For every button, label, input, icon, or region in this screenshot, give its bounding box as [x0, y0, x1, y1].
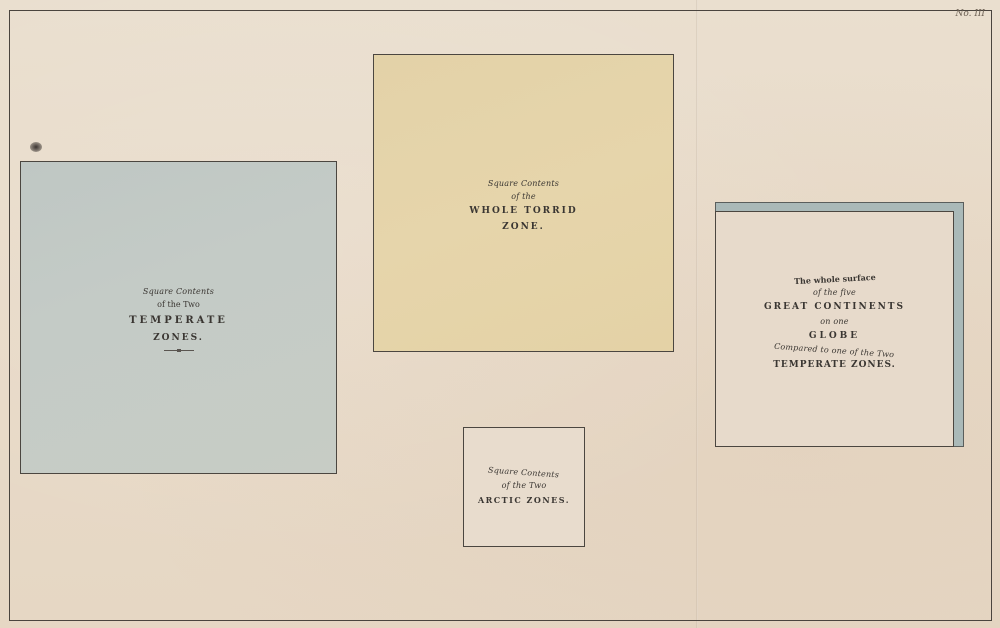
torrid-line-4: ZONE. — [502, 222, 545, 232]
temperate-line-4: ZONES. — [153, 333, 204, 343]
arctic-line-3: ARCTIC ZONES. — [478, 495, 570, 505]
ink-blot — [30, 142, 42, 152]
temperate-line-1: Square Contents — [143, 287, 214, 296]
continents-square: The whole surface of the five GREAT CONT… — [715, 211, 954, 447]
temperate-line-3: TEMPERATE — [129, 315, 228, 326]
ornamental-rule — [164, 350, 194, 351]
continents-line-3: GREAT CONTINENTS — [764, 302, 905, 312]
temperate-zones-square: Square Contents of the Two TEMPERATE ZON… — [20, 161, 337, 474]
continents-line-5: GLOBE — [809, 331, 860, 341]
continents-line-7: TEMPERATE ZONES. — [773, 360, 896, 370]
torrid-zone-square: Square Contents of the WHOLE TORRID ZONE… — [373, 54, 674, 352]
continents-line-4: on one — [820, 317, 848, 326]
arctic-line-1: Square Contents — [488, 466, 560, 480]
continents-line-6: Compared to one of the Two — [774, 342, 895, 359]
continents-line-2: of the five — [813, 288, 856, 297]
torrid-line-1: Square Contents — [488, 179, 559, 188]
arctic-zones-square: Square Contents of the Two ARCTIC ZONES. — [463, 427, 585, 547]
torrid-line-2: of the — [511, 192, 536, 201]
torrid-line-3: WHOLE TORRID — [469, 206, 577, 216]
continents-line-1: The whole surface — [793, 272, 875, 286]
temperate-line-2: of the Two — [157, 300, 200, 309]
plate-number: No. III — [955, 9, 985, 19]
arctic-line-2: of the Two — [502, 481, 547, 490]
